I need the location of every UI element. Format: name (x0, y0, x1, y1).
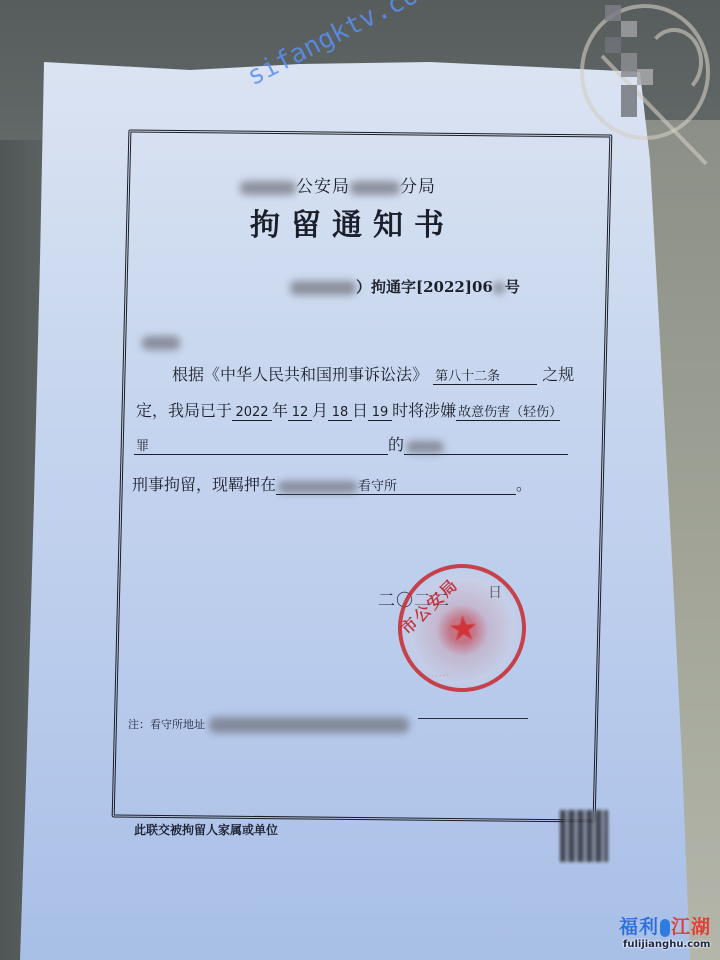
hour-label: 时将涉嫌 (392, 401, 456, 420)
mouse-icon (660, 919, 670, 937)
agency-suffix: 分局 (400, 177, 436, 197)
redacted-detainee (406, 441, 444, 453)
body-line-3: 罪的 (134, 432, 568, 455)
month-field: 12 (288, 405, 312, 421)
redacted-address (209, 717, 409, 733)
agency-part1: 公安局 (296, 177, 350, 197)
year-field: 2022 (232, 405, 272, 421)
redacted-addressee (142, 336, 180, 350)
day-field: 18 (328, 405, 352, 421)
line3-mid: 的 (388, 435, 404, 454)
address-underline (418, 718, 528, 719)
document-title: 拘留通知书 (250, 200, 455, 244)
seal-star-icon: ★ (447, 611, 480, 647)
body-line-1: 根据《中华人民共和国刑事诉讼法》 第八十二条 之规 (172, 362, 574, 385)
article-field: 第八十二条 (433, 365, 537, 385)
note-line: 注：看守所地址 (128, 716, 409, 733)
law-reference: 根据《中华人民共和国刑事诉讼法》 (172, 365, 428, 384)
redacted-doc-prefix (290, 281, 356, 295)
year-label: 年 (272, 401, 288, 420)
detainee-field (404, 439, 568, 455)
document-number: ）拘通字[2022]06号 (290, 276, 520, 297)
line4-prefix: 刑事拘留，现羁押在 (132, 475, 276, 494)
doc-paren: ） (356, 278, 371, 296)
charge-field: 故意伤害（轻伤） (456, 401, 560, 421)
seal-serial: ····· (431, 672, 451, 680)
line1-suffix: 之规 (542, 365, 574, 384)
redacted-center-name (278, 481, 358, 493)
day-label: 日 (352, 401, 368, 420)
redacted-doc-number (493, 282, 505, 294)
detention-center-field: 看守所 (276, 475, 516, 495)
hour-field: 19 (368, 405, 392, 421)
footer-note: 此联交被拘留人家属或单位 (134, 821, 278, 838)
note-label: 注：看守所地址 (128, 718, 205, 731)
detention-center-suffix: 看守所 (358, 479, 397, 494)
fulijianghu-url: fulijianghu.com (623, 939, 710, 950)
fulijianghu-logo: 福利江湖 (619, 912, 711, 939)
logo-part1: 福利 (619, 916, 659, 938)
mosaic-redaction (605, 5, 655, 135)
crime-field: 罪 (134, 435, 388, 455)
redacted-city (240, 181, 296, 195)
month-label: 月 (312, 401, 328, 420)
doc-number-suffix: 号 (505, 278, 520, 296)
redacted-district (350, 181, 400, 195)
body-line-2: 定，我局已于2022年12月18日19时将涉嫌故意伤害（轻伤） (136, 398, 560, 421)
addressee (142, 332, 180, 351)
logo-part2: 江湖 (671, 916, 711, 938)
line2-prefix: 定，我局已于 (136, 401, 232, 420)
line4-end: 。 (516, 475, 532, 494)
doc-number-label: 拘通字[2022]06 (371, 278, 493, 296)
redacted-qr-code (560, 810, 608, 862)
agency-header: 公安局分局 (240, 172, 436, 197)
body-line-4: 刑事拘留，现羁押在看守所。 (132, 472, 532, 495)
